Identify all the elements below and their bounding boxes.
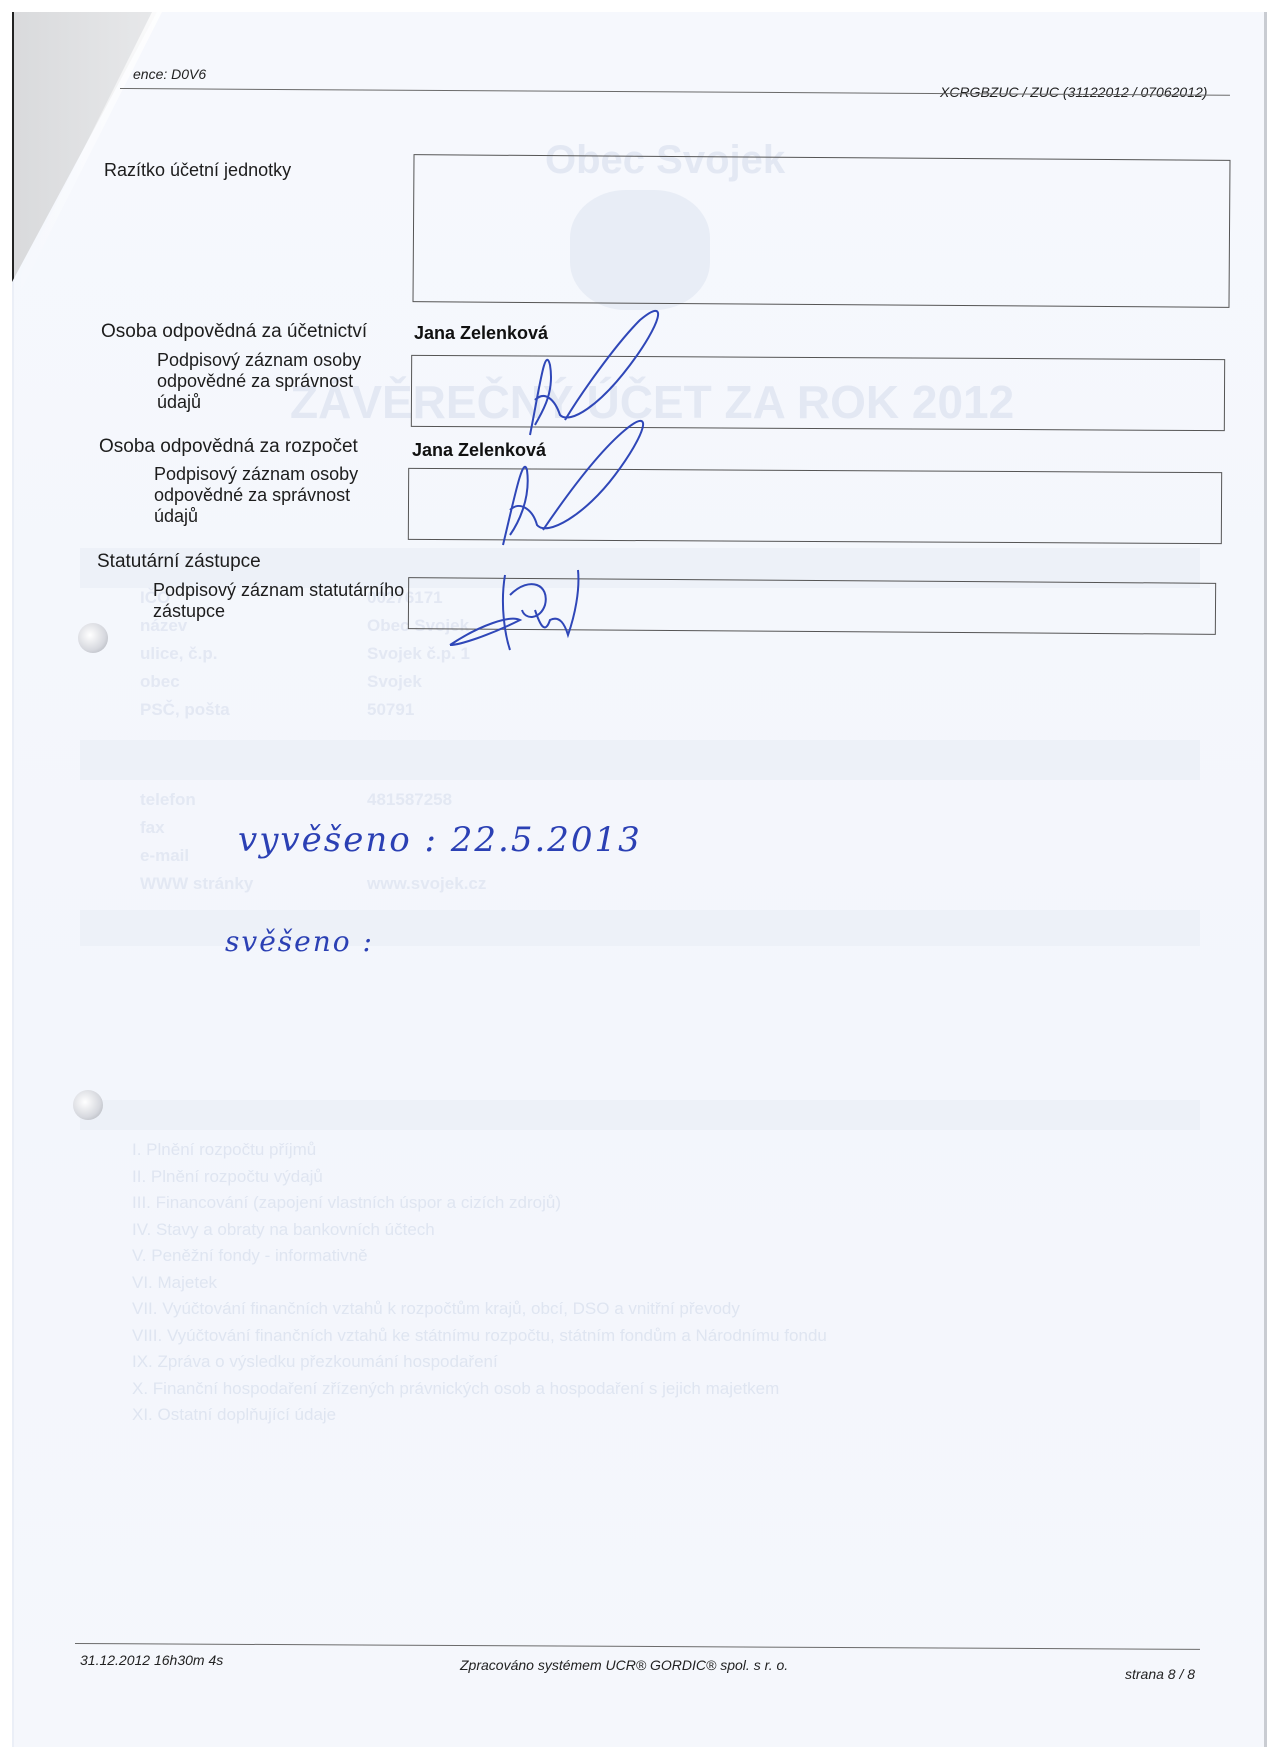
ghost-toc-item: III. Financování (zapojení vlastních úsp… <box>132 1193 561 1213</box>
ghost-band <box>80 740 1200 780</box>
ghost-field-label: obec <box>140 672 180 692</box>
accounting-person-label: Osoba odpovědná za účetnictví <box>101 321 367 343</box>
footer-processed-by: Zpracováno systémem UCR® GORDIC® spol. s… <box>460 1657 788 1673</box>
ghost-field-label: ulice, č.p. <box>140 644 217 664</box>
ghost-toc-item: VI. Majetek <box>132 1273 217 1293</box>
ghost-field-label: telefon <box>140 790 196 810</box>
ghost-field-value: 481587258 <box>367 790 452 810</box>
ghost-field-label: e-mail <box>140 846 189 866</box>
accounting-signature-caption: Podpisový záznam osoby odpovědné za sprá… <box>157 350 387 413</box>
ghost-toc-item: II. Plnění rozpočtu výdajů <box>132 1167 323 1187</box>
ghost-field-label: fax <box>140 818 165 838</box>
punch-hole <box>73 1090 103 1120</box>
budget-signature-icon <box>495 415 665 555</box>
statutory-label: Statutární zástupce <box>97 551 261 573</box>
handwritten-removed: svěšeno : <box>225 925 374 958</box>
ghost-field-label: WWW stránky <box>140 874 253 894</box>
budget-signature-caption: Podpisový záznam osoby odpovědné za sprá… <box>154 464 384 527</box>
footer-timestamp: 31.12.2012 16h30m 4s <box>80 1652 223 1668</box>
ghost-toc-item: VII. Vyúčtování finančních vztahů k rozp… <box>132 1299 740 1319</box>
punch-hole <box>78 623 108 653</box>
ghost-field-value: Svojek <box>367 672 422 692</box>
ghost-toc-item: I. Plnění rozpočtu příjmů <box>132 1140 316 1160</box>
ghost-toc-item: X. Finanční hospodaření zřízených právni… <box>132 1379 779 1399</box>
stamp-label: Razítko účetní jednotky <box>104 160 291 181</box>
header-left-text: ence: D0V6 <box>133 66 206 82</box>
handwritten-posted: vyvěšeno : 22.5.2013 <box>238 820 642 860</box>
ghost-field-value: 50791 <box>367 700 414 720</box>
statutory-signature-caption: Podpisový záznam statutárního zástupce <box>153 580 413 622</box>
ghost-toc-item: IX. Zpráva o výsledku přezkoumání hospod… <box>132 1352 498 1372</box>
ghost-field-label: PSČ, pošta <box>140 700 230 720</box>
ghost-band <box>80 1100 1200 1130</box>
header-right-text: XCRGBZUC / ZUC (31122012 / 07062012) <box>940 84 1207 100</box>
statutory-signature-icon <box>450 565 590 660</box>
ghost-toc-item: VIII. Vyúčtování finančních vztahů ke st… <box>132 1326 827 1346</box>
ghost-toc-item: XI. Ostatní doplňující údaje <box>132 1405 336 1425</box>
ghost-toc-item: IV. Stavy a obraty na bankovních účtech <box>132 1220 435 1240</box>
ghost-field-value: www.svojek.cz <box>367 874 486 894</box>
footer-page-number: strana 8 / 8 <box>1125 1666 1195 1682</box>
ghost-toc-item: V. Peněžní fondy - informativně <box>132 1246 368 1266</box>
budget-person-label: Osoba odpovědná za rozpočet <box>99 436 358 458</box>
stamp-box <box>412 154 1230 308</box>
